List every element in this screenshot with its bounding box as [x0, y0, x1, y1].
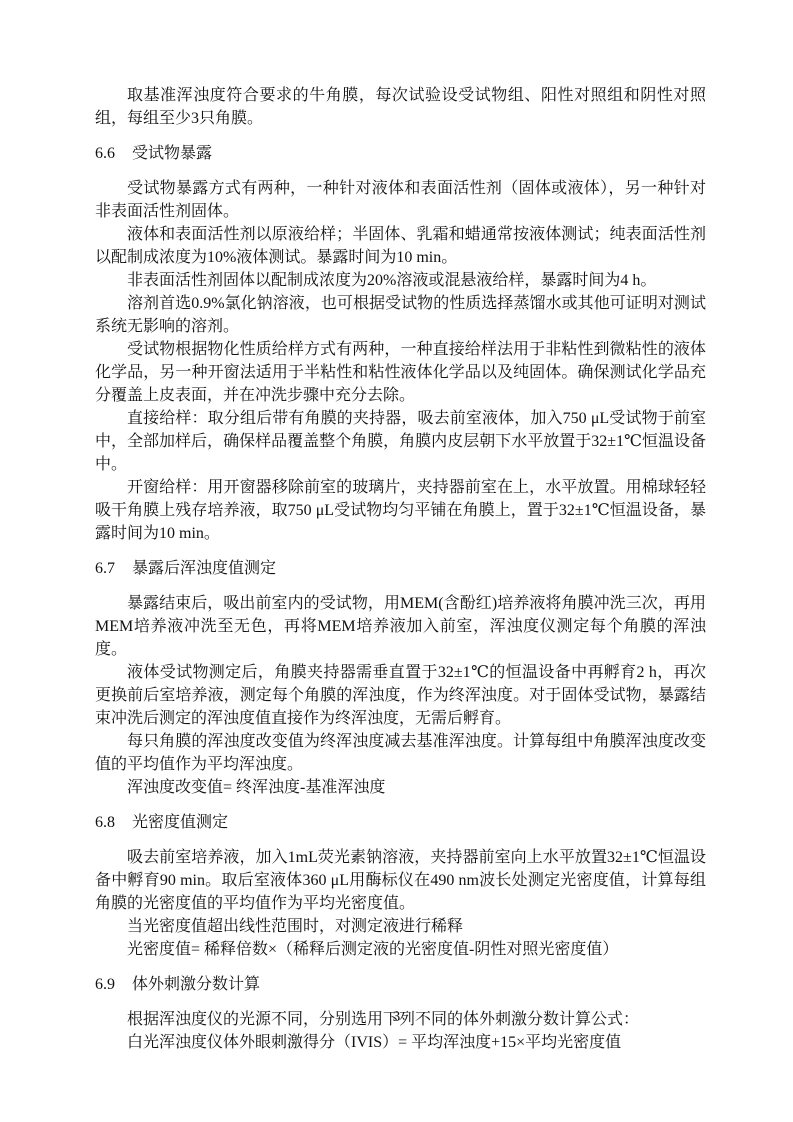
paragraph: 暴露结束后，吸出前室内的受试物，用MEM(含酚红)培养液将角膜冲洗三次，再用ME…: [95, 592, 706, 661]
paragraph: 吸去前室培养液，加入1mL荧光素钠溶液，夹持器前室向上水平放置32±1℃恒温设备…: [95, 846, 706, 915]
paragraph: 受试物暴露方式有两种，一种针对液体和表面活性剂（固体或液体），另一种针对非表面活…: [95, 177, 706, 223]
paragraph: 开窗给样：用开窗器移除前室的玻璃片，夹持器前室在上，水平放置。用棉球轻轻吸干角膜…: [95, 476, 706, 545]
section-title: 暴露后浑浊度值测定: [132, 560, 276, 577]
section-heading-6-8: 6.8光密度值测定: [95, 811, 706, 834]
section-number: 6.7: [95, 557, 115, 580]
section-title: 光密度值测定: [132, 814, 228, 831]
section-title: 体外刺激分数计算: [132, 976, 260, 993]
paragraph: 液体和表面活性剂以原液给样；半固体、乳霜和蜡通常按液体测试；纯表面活性剂以配制成…: [95, 223, 706, 269]
paragraph: 非表面活性剂固体以配制成浓度为20%溶液或混悬液给样，暴露时间为4 h。: [95, 269, 706, 292]
paragraph: 直接给样：取分组后带有角膜的夹持器，吸去前室液体，加入750 μL受试物于前室中…: [95, 407, 706, 476]
formula-opacity-change: 浑浊度改变值= 终浑浊度-基准浑浊度: [95, 776, 706, 799]
section-heading-6-6: 6.6受试物暴露: [95, 142, 706, 165]
section-number: 6.9: [95, 973, 115, 996]
section-heading-6-9: 6.9体外刺激分数计算: [95, 973, 706, 996]
document-page: 取基准浑浊度符合要求的牛角膜，每次试验设受试物组、阳性对照组和阴性对照组，每组至…: [0, 0, 793, 1122]
paragraph: 受试物根据物化性质给样方式有两种，一种直接给样法用于非粘性到微粘性的液体化学品，…: [95, 338, 706, 407]
page-number: 3: [0, 1006, 793, 1029]
paragraph: 每只角膜的浑浊度改变值为终浑浊度减去基准浑浊度。计算每组中角膜浑浊度改变值的平均…: [95, 730, 706, 776]
section-number: 6.6: [95, 142, 115, 165]
page-content: 取基准浑浊度符合要求的牛角膜，每次试验设受试物组、阳性对照组和阴性对照组，每组至…: [95, 84, 706, 1054]
paragraph: 液体受试物测定后，角膜夹持器需垂直置于32±1℃的恒温设备中再孵育2 h，再次更…: [95, 661, 706, 730]
formula-ivis-score: 白光浑浊度仪体外眼刺激得分（IVIS）= 平均浑浊度+15×平均光密度值: [95, 1031, 706, 1054]
paragraph: 当光密度值超出线性范围时，对测定液进行稀释: [95, 915, 706, 938]
paragraph: 溶剂首选0.9%氯化钠溶液，也可根据受试物的性质选择蒸馏水或其他可证明对测试系统…: [95, 292, 706, 338]
formula-optical-density: 光密度值= 稀释倍数×（稀释后测定液的光密度值-阴性对照光密度值）: [95, 938, 706, 961]
section-title: 受试物暴露: [132, 145, 212, 162]
section-number: 6.8: [95, 811, 115, 834]
intro-continuation-paragraph: 取基准浑浊度符合要求的牛角膜，每次试验设受试物组、阳性对照组和阴性对照组，每组至…: [95, 84, 706, 130]
section-heading-6-7: 6.7暴露后浑浊度值测定: [95, 557, 706, 580]
